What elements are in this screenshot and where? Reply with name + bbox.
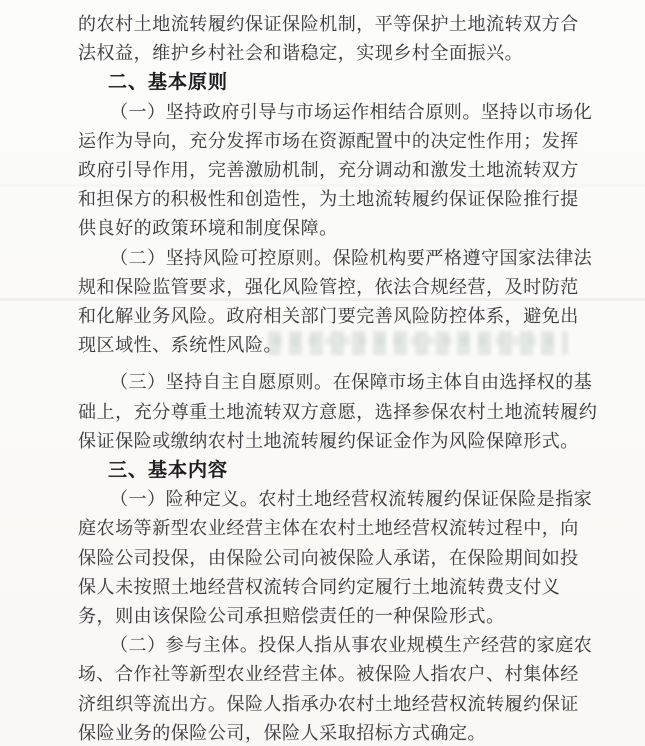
text-line: 和担保方的积极性和创造性，为土地流转履约保证保险推行提 — [78, 185, 578, 214]
section-heading: 三、基本内容 — [108, 456, 578, 485]
text-line: （二）参与主体。投保人指从事农业规模生产经营的家庭农 — [78, 631, 578, 660]
text-line: 保证保险或缴纳农村土地流转履约保证金作为风险保障形式。 — [78, 427, 578, 456]
text-line: （三）坚持自主自愿原则。在保障市场主体自由选择权的基 — [78, 368, 578, 397]
document-body: 的农村土地流转履约保证保险机制，平等保护土地流转双方合法权益，维护乡村社会和谐稳… — [78, 10, 578, 746]
text-line: （一）坚持政府引导与市场运作相结合原则。坚持以市场化 — [78, 98, 578, 127]
text-line: 务，则由该保险公司承担赔偿责任的一种保险形式。 — [78, 602, 578, 631]
text-line: 法权益，维护乡村社会和谐稳定，实现乡村全面振兴。 — [78, 39, 578, 68]
text-line: 和化解业务风险。政府相关部门要完善风险防控体系，避免出 — [78, 302, 578, 331]
paragraph: （二）参与主体。投保人指从事农业规模生产经营的家庭农场、合作社等新型农业经营主体… — [78, 631, 578, 746]
text-line: 庭农场等新型农业经营主体在农村土地经营权流转过程中，向 — [78, 514, 578, 543]
text-line: 现区域性、系统性风险。 — [78, 331, 578, 360]
paragraph: （一）坚持政府引导与市场运作相结合原则。坚持以市场化运作为导向，充分发挥市场在资… — [78, 98, 578, 244]
text-line: 保险业务的保险公司，保险人采取招标方式确定。 — [78, 719, 578, 746]
text-line: 济组织等流出方。保险人指承办农村土地经营权流转履约保证 — [78, 690, 578, 719]
text-line: 保人未按照土地经营权流转合同约定履行土地流转费支付义 — [78, 573, 578, 602]
text-line: 运作为导向，充分发挥市场在资源配置中的决定性作用；发挥 — [78, 127, 578, 156]
section-heading: 二、基本原则 — [108, 68, 578, 97]
text-line: 场、合作社等新型农业经营主体。被保险人指农户、村集体经 — [78, 660, 578, 689]
document-page: 的农村土地流转履约保证保险机制，平等保护土地流转双方合法权益，维护乡村社会和谐稳… — [0, 0, 645, 746]
paragraph: （三）坚持自主自愿原则。在保障市场主体自由选择权的基础上，充分尊重土地流转双方意… — [78, 368, 578, 456]
text-line: 供良好的政策环境和制度保障。 — [78, 214, 578, 243]
text-line: 规和保险监管要求，强化风险管控，依法合规经营，及时防范 — [78, 273, 578, 302]
paragraph: （一）险种定义。农村土地经营权流转履约保证保险是指家庭农场等新型农业经营主体在农… — [78, 485, 578, 631]
text-line: （一）险种定义。农村土地经营权流转履约保证保险是指家 — [78, 485, 578, 514]
paragraph: （二）坚持风险可控原则。保险机构要严格遵守国家法律法规和保险监管要求，强化风险管… — [78, 244, 578, 361]
text-line: 保险公司投保，由保险公司向被保险人承诺，在保险期间如投 — [78, 544, 578, 573]
text-line: （二）坚持风险可控原则。保险机构要严格遵守国家法律法 — [78, 244, 578, 273]
paragraph: 的农村土地流转履约保证保险机制，平等保护土地流转双方合法权益，维护乡村社会和谐稳… — [78, 10, 578, 68]
text-line: 础上，充分尊重土地流转双方意愿，选择参保农村土地流转履约 — [78, 398, 578, 427]
text-line: 的农村土地流转履约保证保险机制，平等保护土地流转双方合 — [78, 10, 578, 39]
text-line: 政府引导作用，完善激励机制，充分调动和激发土地流转双方 — [78, 156, 578, 185]
